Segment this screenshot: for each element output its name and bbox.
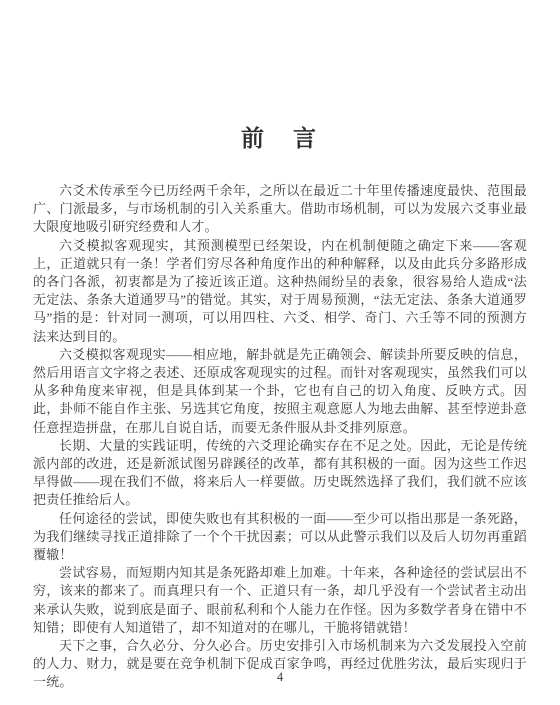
- page-number: 4: [0, 670, 560, 685]
- paragraph: 六爻术传承至今已历经两千余年，之所以在最近二十年里传播速度最快、范围最广、门派最…: [33, 182, 527, 237]
- paragraph: 尝试容易，而短期内知其是条死路却难上加难。十年来，各种途径的尝试层出不穷，该来的…: [33, 564, 527, 637]
- paragraph: 六爻模拟客观现实，其预测模型已经架设，内在机制便随之确定下来——客观上，正道就只…: [33, 237, 527, 346]
- body-text: 六爻术传承至今已历经两千余年，之所以在最近二十年里传播速度最快、范围最广、门派最…: [33, 182, 527, 692]
- page-title: 前 言: [0, 120, 560, 153]
- paragraph: 任何途径的尝试，即使失败也有其积极的一面——至少可以指出那是一条死路，为我们继续…: [33, 510, 527, 565]
- paragraph: 长期、大量的实践证明，传统的六爻理论确实存在不足之处。因此，无论是传统派内部的改…: [33, 437, 527, 510]
- book-page: 前 言 六爻术传承至今已历经两千余年，之所以在最近二十年里传播速度最快、范围最广…: [0, 0, 560, 705]
- paragraph: 六爻模拟客观现实——相应地，解卦就是先正确领会、解读卦所要反映的信息，然后用语言…: [33, 346, 527, 437]
